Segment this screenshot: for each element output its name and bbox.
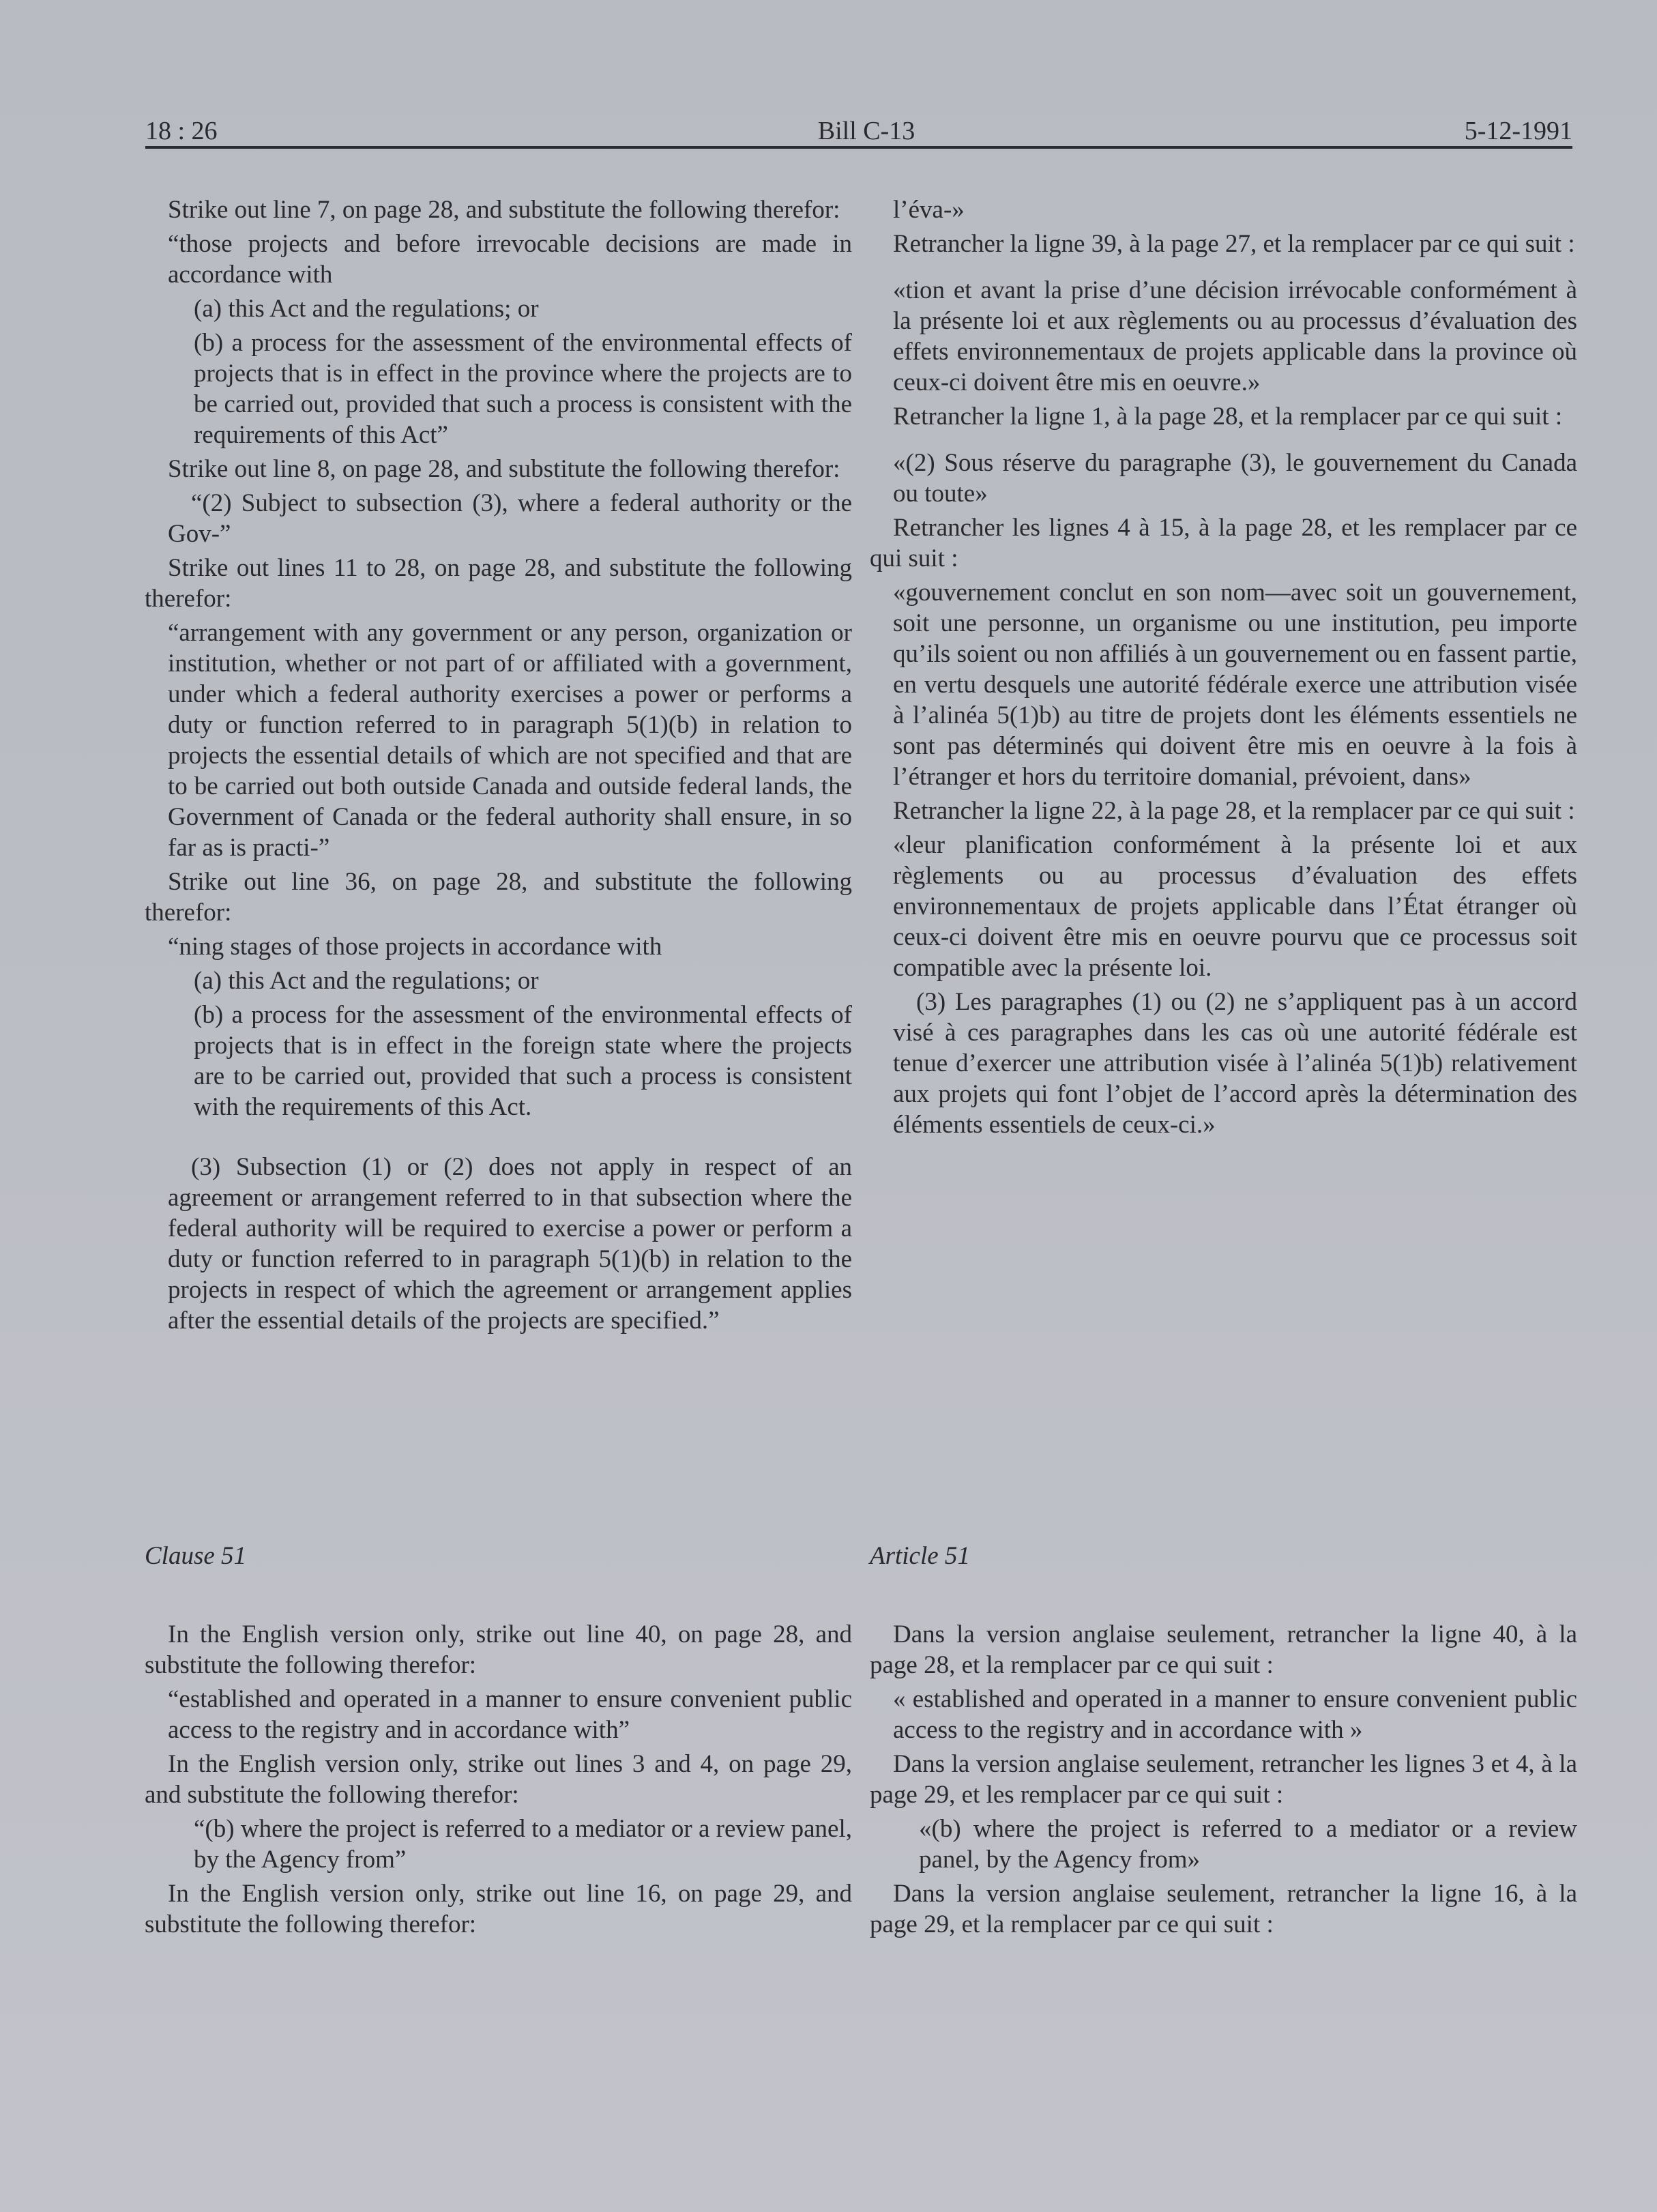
french-column: l’éva-» Retrancher la ligne 39, à la pag… — [870, 194, 1577, 1144]
bill-title: Bill C-13 — [818, 116, 915, 146]
amendment-paragraph-b: (b) a process for the assessment of the … — [145, 1000, 852, 1122]
amendment-subsection-3: (3) Subsection (1) or (2) does not apply… — [145, 1152, 852, 1336]
amendment-text: l’éva-» — [870, 194, 1577, 225]
clause-title: Article 51 — [870, 1541, 1577, 1571]
amendment-instruction: Retrancher la ligne 39, à la page 27, et… — [870, 229, 1577, 259]
amendment-instruction: In the English version only, strike out … — [145, 1878, 852, 1940]
amendment-text: « established and operated in a manner t… — [870, 1684, 1577, 1745]
amendment-text: “(2) Subject to subsection (3), where a … — [145, 488, 852, 549]
header-date: 5-12-1991 — [1465, 116, 1572, 146]
article-51-french: Article 51 Dans la version anglaise seul… — [870, 1541, 1577, 1943]
amendment-text: «(2) Sous réserve du paragraphe (3), le … — [870, 448, 1577, 509]
amendment-paragraph-b: (b) a process for the assessment of the … — [145, 328, 852, 450]
amendment-instruction: In the English version only, strike out … — [145, 1619, 852, 1680]
amendment-text: “arrangement with any government or any … — [145, 617, 852, 863]
amendment-instruction: Strike out lines 11 to 28, on page 28, a… — [145, 553, 852, 614]
amendment-instruction: Strike out line 8, on page 28, and subst… — [145, 454, 852, 484]
header-rule — [145, 146, 1572, 149]
amendment-instruction: Retrancher les lignes 4 à 15, à la page … — [870, 512, 1577, 574]
amendment-instruction: Retrancher la ligne 1, à la page 28, et … — [870, 401, 1577, 432]
amendment-instruction: Strike out line 7, on page 28, and subst… — [145, 194, 852, 225]
clause-title: Clause 51 — [145, 1541, 852, 1571]
amendment-text: “established and operated in a manner to… — [145, 1684, 852, 1745]
amendment-paragraph-a: (a) this Act and the regulations; or — [145, 293, 852, 324]
amendment-text: «gouvernement conclut en son nom—avec so… — [870, 577, 1577, 792]
amendment-text: “those projects and before irrevocable d… — [145, 229, 852, 290]
clause-51-english: Clause 51 In the English version only, s… — [145, 1541, 852, 1943]
amendment-subsection-3: (3) Les paragraphes (1) ou (2) ne s’appl… — [870, 987, 1577, 1140]
amendment-instruction: Dans la version anglaise seulement, retr… — [870, 1619, 1577, 1680]
english-column: Strike out line 7, on page 28, and subst… — [145, 194, 852, 1339]
amendment-instruction: Retrancher la ligne 22, à la page 28, et… — [870, 796, 1577, 826]
amendment-instruction: Dans la version anglaise seulement, retr… — [870, 1878, 1577, 1940]
amendment-text: «leur planification conformément à la pr… — [870, 830, 1577, 983]
page-reference: 18 : 26 — [145, 116, 218, 146]
running-header: 18 : 26 Bill C-13 5-12-1991 — [145, 115, 1572, 150]
amendment-paragraph-b: “(b) where the project is referred to a … — [145, 1814, 852, 1875]
document-page: 18 : 26 Bill C-13 5-12-1991 Strike out l… — [0, 0, 1657, 2212]
amendment-text: “ning stages of those projects in accord… — [145, 931, 852, 962]
amendment-instruction: In the English version only, strike out … — [145, 1749, 852, 1810]
amendment-paragraph-a: (a) this Act and the regulations; or — [145, 965, 852, 996]
amendment-instruction: Strike out line 36, on page 28, and subs… — [145, 867, 852, 928]
amendment-text: «tion et avant la prise d’une décision i… — [870, 275, 1577, 398]
amendment-instruction: Dans la version anglaise seulement, retr… — [870, 1749, 1577, 1810]
amendment-paragraph-b: «(b) where the project is referred to a … — [870, 1814, 1577, 1875]
